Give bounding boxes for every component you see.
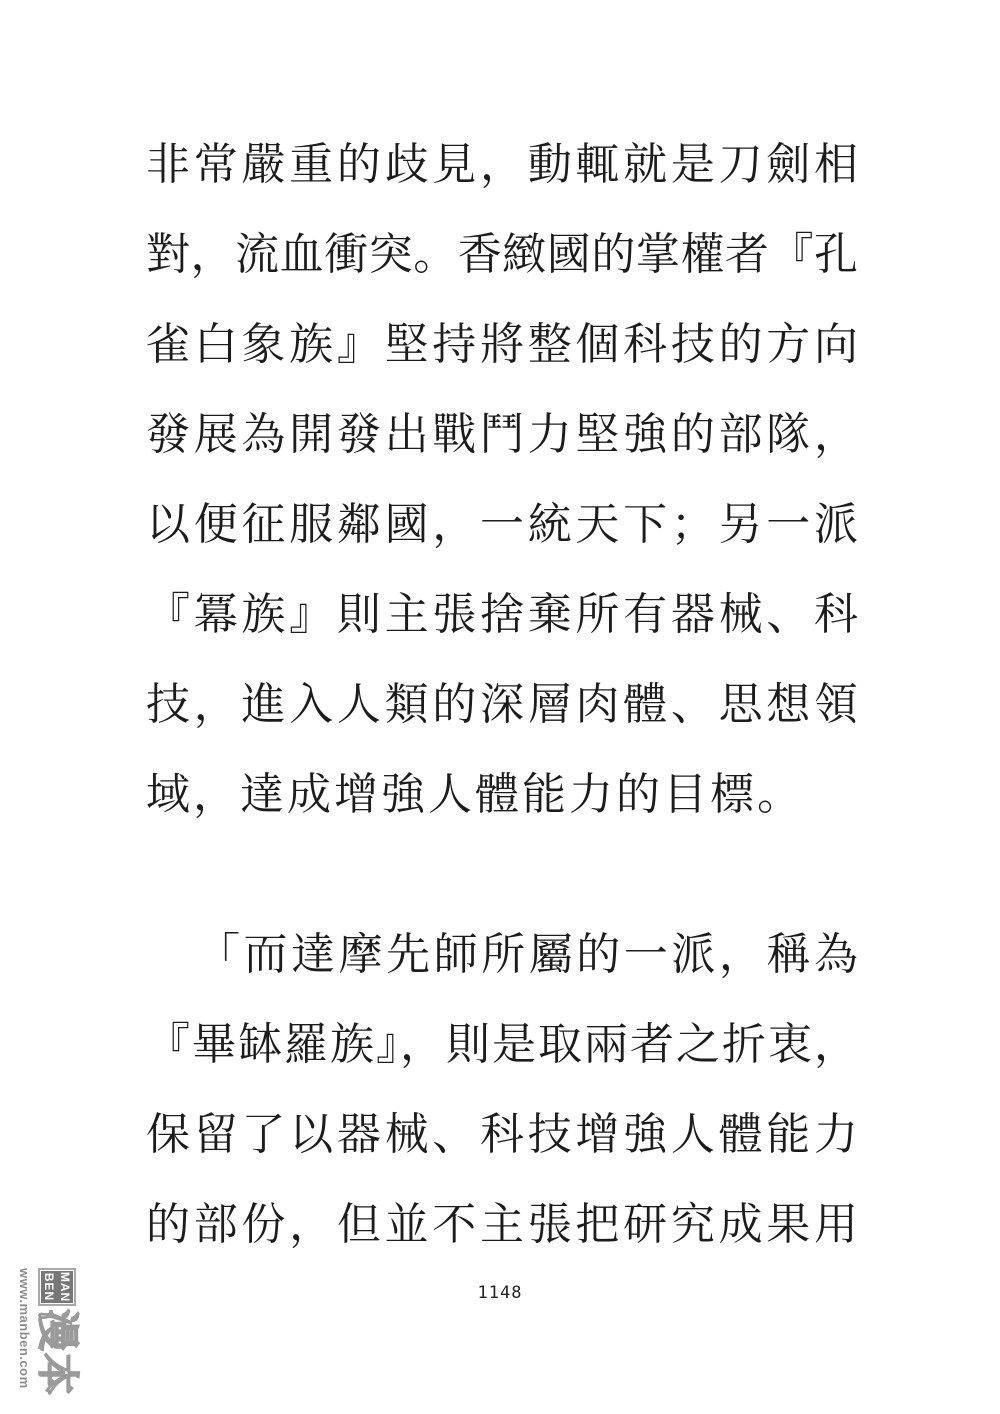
text-line: 雀白象族』堅持將整個科技的方向 — [146, 300, 858, 390]
text-line: 以便征服鄰國，一統天下；另一派 — [146, 480, 858, 570]
text-line: 發展為開發出戰鬥力堅強的部隊， — [146, 390, 858, 480]
logo-text-man: MAN — [57, 1271, 73, 1303]
text-line: 『畢缽羅族』，則是取兩者之折衷， — [146, 1000, 858, 1090]
watermark-url: www.manben.com — [17, 1268, 32, 1414]
paragraph-2: 「而達摩先師所屬的一派，稱為 『畢缽羅族』，則是取兩者之折衷， 保留了以器械、科… — [146, 910, 858, 1270]
text-line: 域，達成增強人體能力的目標。 — [146, 750, 858, 840]
text-line: 「而達摩先師所屬的一派，稱為 — [146, 910, 858, 1000]
manben-watermark: MAN BEN 漫本 www.manben.com — [14, 1268, 80, 1414]
text-line: 對，流血衝突。香緻國的掌權者『孔 — [146, 210, 858, 300]
text-line: 『冪族』則主張捨棄所有器械、科 — [146, 570, 858, 660]
text-line: 保留了以器械、科技增強人體能力 — [146, 1090, 858, 1180]
text-line: 非常嚴重的歧見，動輒就是刀劍相 — [146, 120, 858, 210]
manben-logo-icon: MAN BEN — [38, 1268, 76, 1306]
text-line: 的部份，但並不主張把研究成果用 — [146, 1180, 858, 1270]
paragraph-1: 非常嚴重的歧見，動輒就是刀劍相 對，流血衝突。香緻國的掌權者『孔 雀白象族』堅持… — [146, 120, 858, 840]
ebook-page: 非常嚴重的歧見，動輒就是刀劍相 對，流血衝突。香緻國的掌權者『孔 雀白象族』堅持… — [0, 0, 1000, 1414]
watermark-brand-characters: 漫本 — [34, 1309, 80, 1397]
text-line: 技，進入人類的深層肉體、思想領 — [146, 660, 858, 750]
watermark-logo-row: MAN BEN 漫本 — [34, 1268, 80, 1414]
body-text: 非常嚴重的歧見，動輒就是刀劍相 對，流血衝突。香緻國的掌權者『孔 雀白象族』堅持… — [146, 120, 858, 1270]
page-number: 1148 — [0, 1283, 1000, 1303]
logo-text-ben: BEN — [41, 1271, 57, 1303]
